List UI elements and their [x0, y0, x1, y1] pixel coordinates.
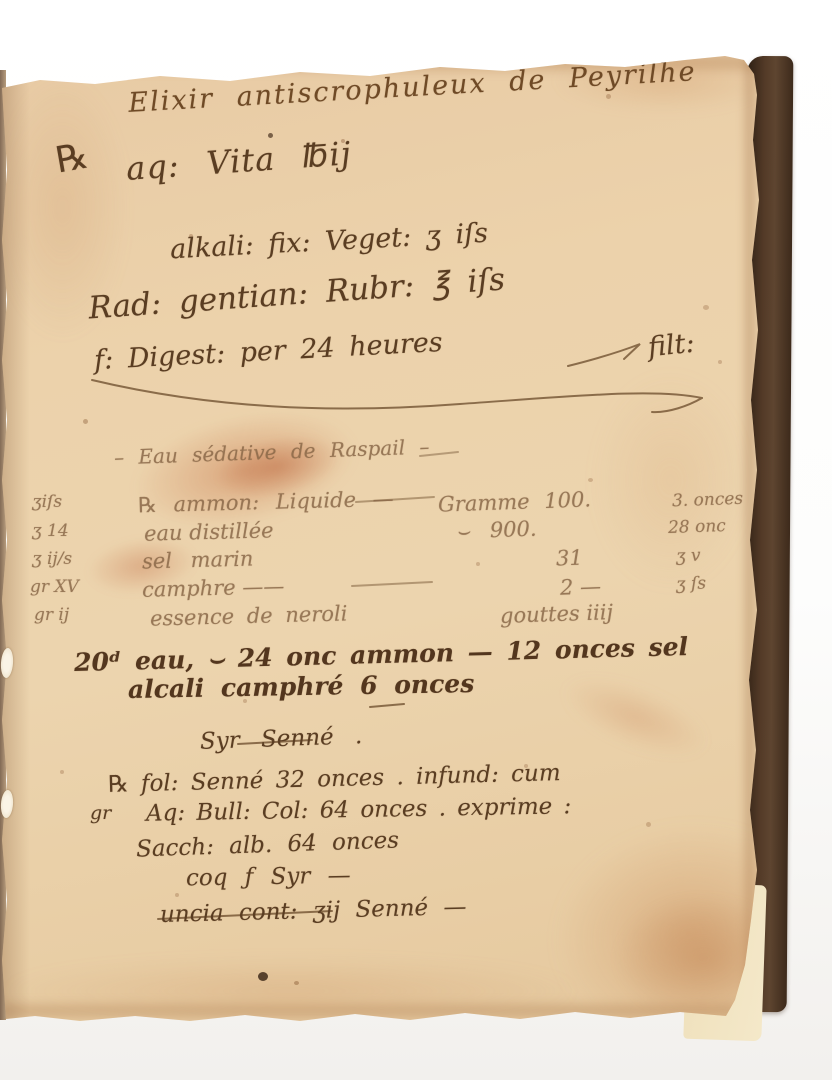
- row-qty: 31: [556, 546, 584, 571]
- manuscript-page: Elixir antiscrophuleux de Peyrilhe ℞ aq:…: [0, 0, 832, 1080]
- row-qty: 2 —: [560, 574, 602, 599]
- foxing-speck: [657, 45, 665, 52]
- foxing-speck: [624, 29, 630, 35]
- elixir-line-4-filt: filt:: [647, 328, 697, 364]
- row-qty: ⌣ 900.: [456, 517, 537, 545]
- rx-symbol: ℞: [53, 136, 92, 182]
- photo-background: Elixir antiscrophuleux de Peyrilhe ℞ aq:…: [0, 0, 832, 1080]
- row-qty2: ʒ v: [676, 546, 701, 567]
- row-ingredient: sel marin: [142, 547, 254, 574]
- row-qty2: 28 onc: [668, 516, 726, 538]
- syrup-line-4: coq ƒ Syr —: [186, 863, 351, 892]
- syrup-line-2-margin: gr: [90, 802, 111, 824]
- row-margin: ʒiſs: [32, 492, 62, 512]
- row-qty2: ʒ ſs: [676, 573, 707, 594]
- row-ingredient: eau distillée: [144, 518, 274, 545]
- sedative-note-2: alcali camphré 6 onces: [128, 669, 475, 704]
- row-ingredient: camphre ——: [142, 574, 285, 602]
- row-qty: gouttes iiij: [500, 600, 614, 628]
- row-margin: gr XV: [30, 577, 79, 597]
- row-margin: ʒ 14: [32, 521, 69, 541]
- row-qty2: 3. onces: [672, 489, 744, 511]
- row-margin: gr ij: [34, 605, 69, 625]
- row-margin: ʒ ij/s: [32, 549, 72, 569]
